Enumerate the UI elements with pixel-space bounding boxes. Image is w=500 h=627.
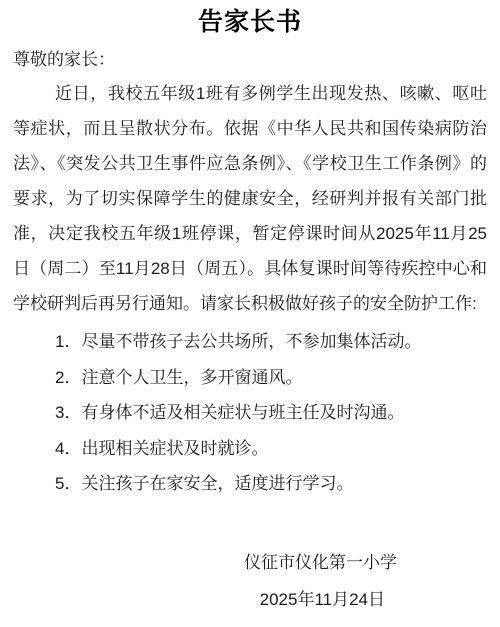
- issue-date: 2025年11月24日: [13, 581, 487, 618]
- school-signature: 仪征市仪化第一小学: [13, 544, 487, 581]
- notice-item-2: 2．注意个人卫生，多开窗通风。: [13, 360, 487, 396]
- signature-block: 仪征市仪化第一小学 2025年11月24日: [13, 544, 487, 618]
- parent-notice-document: 告家长书 尊敬的家长： 近日，我校五年级1班有多例学生出现发热、咳嗽、呕吐等症状…: [0, 0, 500, 627]
- body-paragraph: 近日，我校五年级1班有多例学生出现发热、咳嗽、呕吐等症状，而且呈散状分布。依据《…: [13, 76, 487, 321]
- notice-item-4: 4．出现相关症状及时就诊。: [13, 431, 487, 467]
- notice-item-5: 5．关注孩子在家安全，适度进行学习。: [13, 466, 487, 502]
- notice-item-3: 3．有身体不适及相关症状与班主任及时沟通。: [13, 395, 487, 431]
- notice-list: 1．尽量不带孩子去公共场所，不参加集体活动。 2．注意个人卫生，多开窗通风。 3…: [13, 324, 487, 502]
- notice-item-1: 1．尽量不带孩子去公共场所，不参加集体活动。: [13, 324, 487, 360]
- salutation: 尊敬的家长：: [13, 48, 487, 72]
- document-title: 告家长书: [13, 4, 487, 40]
